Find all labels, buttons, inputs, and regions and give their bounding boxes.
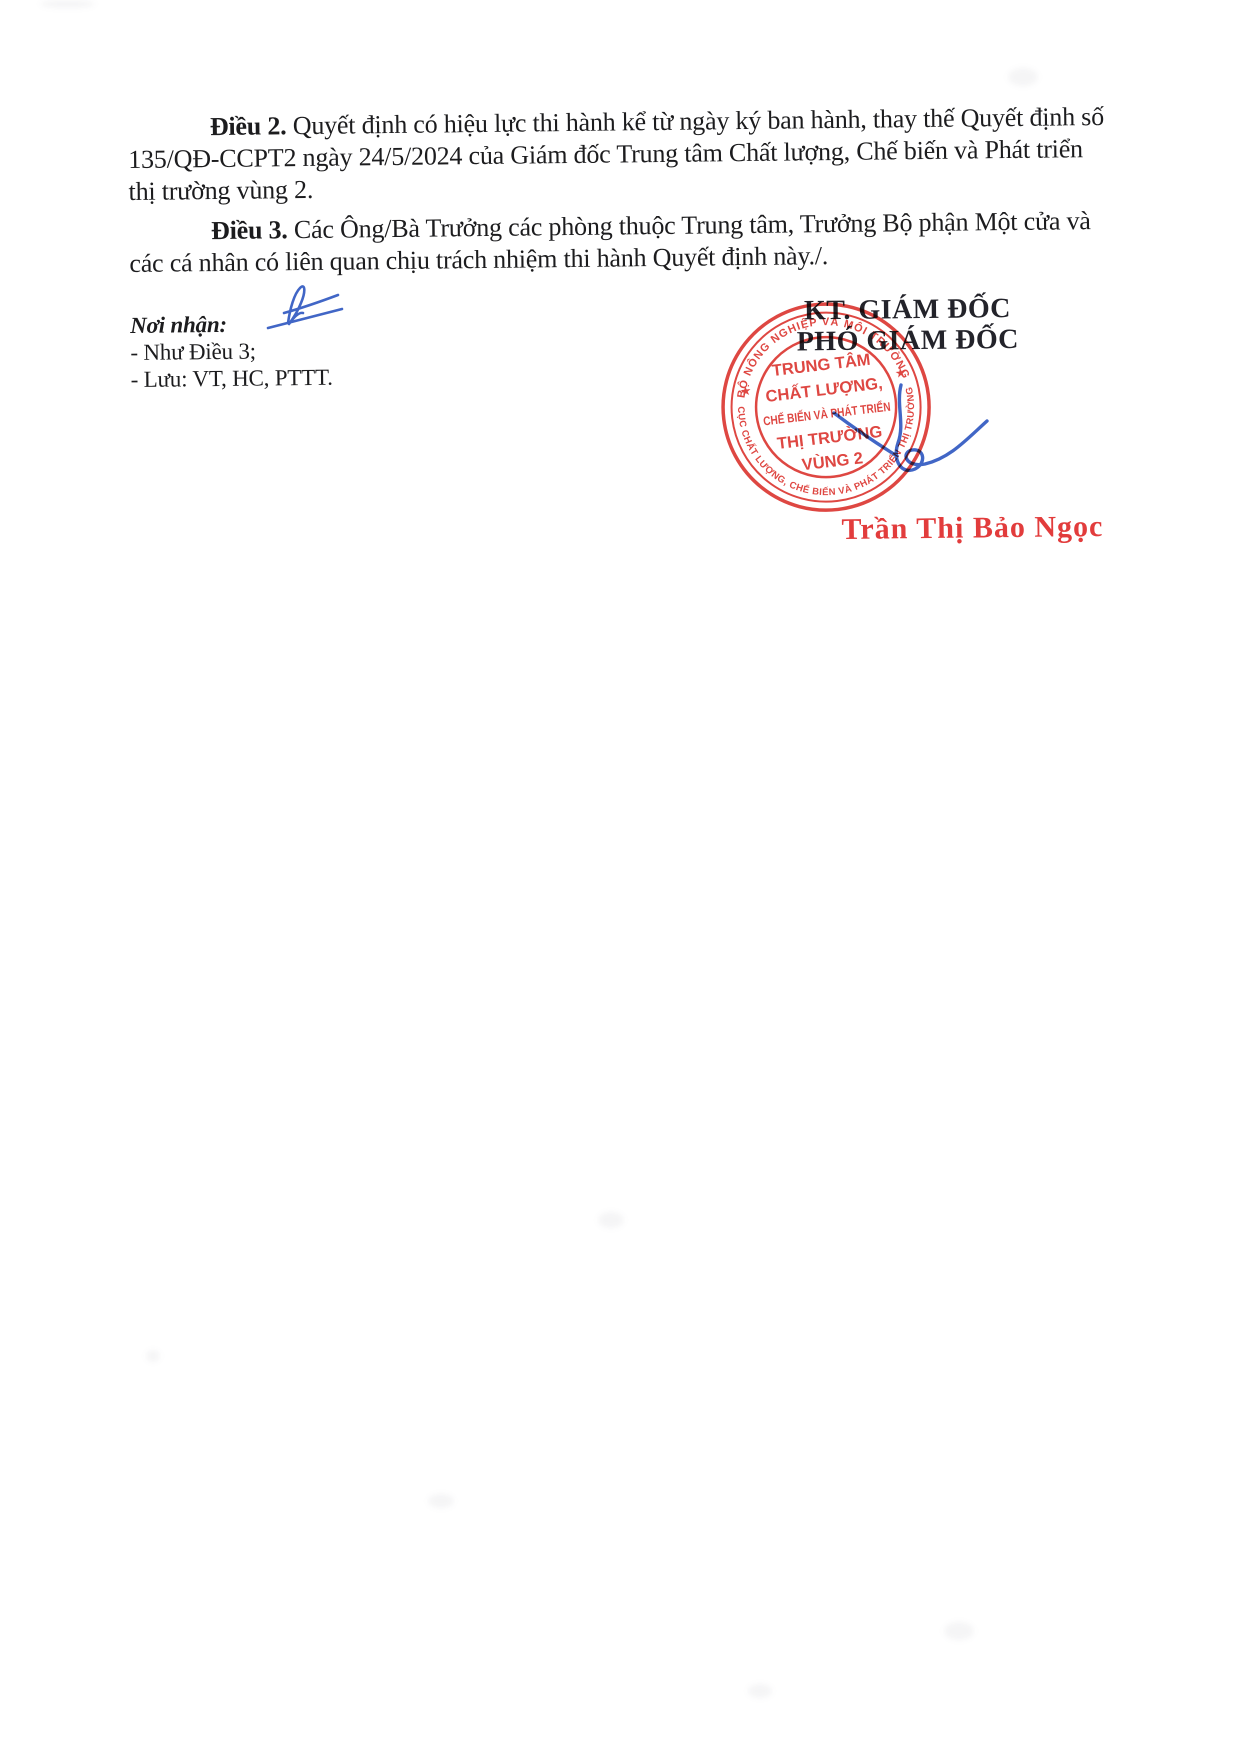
article-3-line-1-text: Các Ông/Bà Trưởng các phòng thuộc Trung … bbox=[294, 206, 1091, 244]
scan-artifact bbox=[944, 1622, 974, 1640]
scanned-document-page: Điều 2. Quyết định có hiệu lực thi hành … bbox=[0, 0, 1240, 1754]
stamp-star-left-icon: ★ bbox=[739, 383, 752, 399]
scan-artifact bbox=[598, 1212, 624, 1228]
article-2-paragraph: Điều 2. Quyết định có hiệu lực thi hành … bbox=[128, 99, 1234, 208]
document-body: Điều 2. Quyết định có hiệu lực thi hành … bbox=[128, 99, 1236, 393]
stamp-star-right-icon: ★ bbox=[894, 365, 907, 381]
scan-artifact bbox=[748, 1684, 772, 1698]
scan-content: Điều 2. Quyết định có hiệu lực thi hành … bbox=[0, 0, 1240, 1754]
signer-name: Trần Thị Bảo Ngọc bbox=[832, 510, 1112, 547]
scan-artifact bbox=[146, 1350, 160, 1362]
stamp-center-line-4: THỊ TRƯỜNG bbox=[776, 422, 883, 453]
stamp-center-line-1: TRUNG TÂM bbox=[771, 350, 872, 380]
article-2-label: Điều 2. bbox=[210, 111, 287, 141]
article-3-label: Điều 3. bbox=[211, 215, 288, 245]
article-3-paragraph: Điều 3. Các Ông/Bà Trưởng các phòng thuộ… bbox=[129, 203, 1235, 280]
scan-artifact bbox=[428, 1494, 454, 1508]
scan-artifact bbox=[40, 0, 95, 8]
official-red-stamp: BỘ NÔNG NGHIỆP VÀ MÔI TRƯỜNG CỤC CHẤT LƯ… bbox=[712, 293, 941, 522]
scan-artifact bbox=[1008, 68, 1038, 86]
recipients-block: Nơi nhận: - Như Điều 3; - Lưu: VT, HC, P… bbox=[130, 299, 1236, 393]
